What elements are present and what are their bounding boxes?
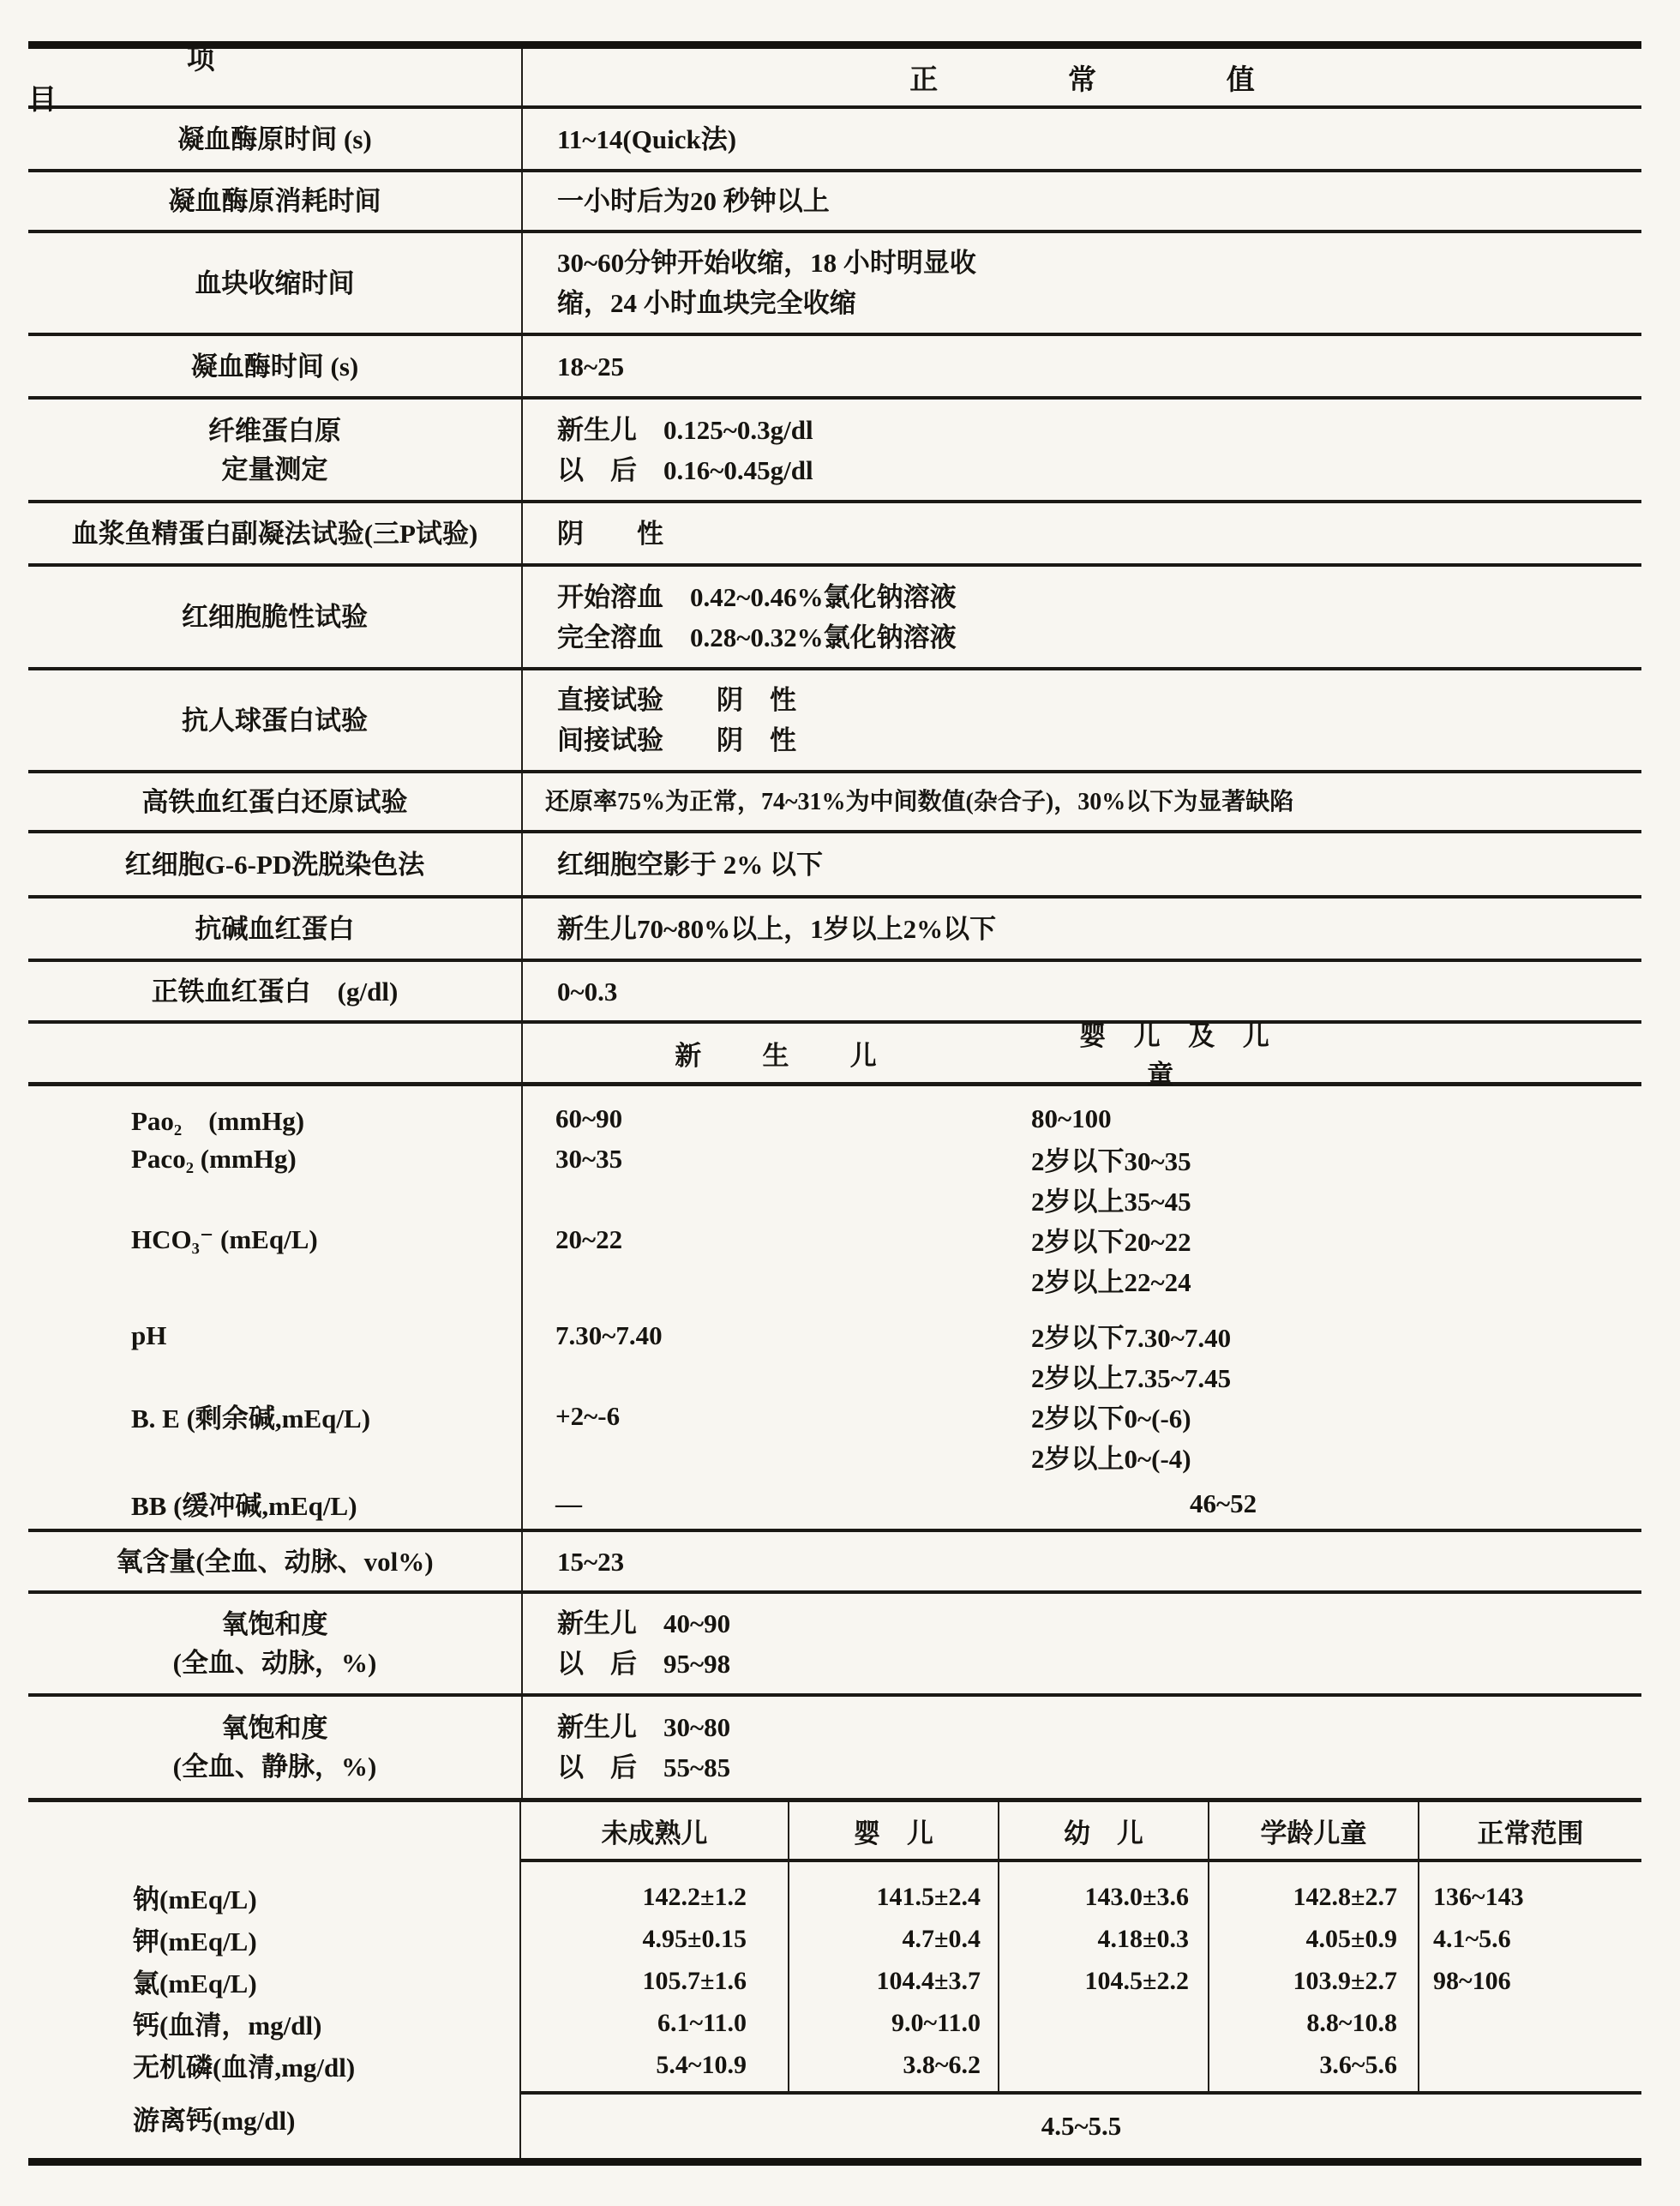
row-label: 高铁血红蛋白还原试验 [142, 783, 408, 821]
table-row: 纤维蛋白原 定量测定 新生儿 0.125~0.3g/dl 以 后 0.16~0.… [28, 400, 1641, 503]
row-value: 15~23 [557, 1542, 1641, 1582]
row-label-line2: 定量测定 [222, 450, 328, 489]
row-value: 18~25 [557, 346, 1641, 387]
table-row: 氧饱和度 (全血、动脉，%) 新生儿 40~90 以 后 95~98 [28, 1594, 1641, 1697]
newborn-value: +2~-6 [521, 1401, 1031, 1432]
row-label: 抗人球蛋白试验 [182, 701, 368, 740]
table-row: 红细胞脆性试验 开始溶血 0.42~0.46%氯化钠溶液 完全溶血 0.28~0… [28, 567, 1641, 670]
newborn-value: — [521, 1488, 1031, 1519]
normal-values-table: 项目 正常值 凝血酶原时间 (s) 11~14(Quick法) 凝血酶原消耗时间… [28, 0, 1641, 2166]
table-row: 氧饱和度 (全血、静脉，%) 新生儿 30~80 以 后 55~85 [28, 1697, 1641, 1802]
row-label: B. E (剩余碱,mEq/L) [28, 1397, 521, 1435]
row-label-line2: (全血、静脉，%) [173, 1747, 377, 1786]
child-value: 80~100 [1031, 1103, 1641, 1134]
cell: 141.5±2.4 [789, 1876, 998, 1918]
row-label: 红细胞G-6-PD洗脱染色法 [125, 845, 425, 884]
column-header: 未成熟儿 [521, 1802, 788, 1862]
electrolyte-labels-column: 钠(mEq/L) 钾(mEq/L) 氯(mEq/L) 钙(血清，mg/dl) 无… [28, 1802, 521, 2158]
row-value-line2: 以 后 55~85 [557, 1747, 1641, 1788]
blood-gas-row: 2岁以上35~45 [28, 1179, 1641, 1219]
column-toddler: 幼 儿 143.0±3.6 4.18±0.3 104.5±2.2 [998, 1802, 1208, 2091]
newborn-value: 60~90 [521, 1103, 1031, 1134]
table-row: 高铁血红蛋白还原试验 还原率75%为正常，74~31%为中间数值(杂合子)，30… [28, 773, 1641, 833]
column-divider [521, 1086, 523, 1529]
subheader-value-area: 新生儿 婴儿及儿童 [521, 1024, 1641, 1082]
row-label-line2: (全血、动脉，%) [173, 1644, 377, 1682]
cell: 3.8~6.2 [789, 2044, 998, 2086]
cell: 105.7±1.6 [521, 1960, 788, 2002]
row-label: 正铁血红蛋白 (g/dl) [152, 972, 399, 1011]
blood-gas-row: Paco₂ (mmHg) 30~35 2岁以下30~35 [28, 1139, 1641, 1179]
row-label: Paco₂ (mmHg) [28, 1144, 521, 1175]
column-header: 学龄儿童 [1209, 1802, 1418, 1862]
cell: 4.1~5.6 [1419, 1918, 1641, 1960]
cell [999, 2002, 1208, 2044]
column-normal-range: 正常范围 136~143 4.1~5.6 98~106 [1418, 1802, 1641, 2091]
cell: 103.9±2.7 [1209, 1960, 1418, 2002]
table-header-row: 项目 正常值 [28, 49, 1641, 109]
newborn-value: 20~22 [521, 1224, 1031, 1255]
cell: 5.4~10.9 [521, 2044, 788, 2086]
age-group-subheader-row: 新生儿 婴儿及儿童 [28, 1024, 1641, 1086]
child-value: 2岁以下0~(-6) [1031, 1397, 1641, 1435]
cell [1419, 2044, 1641, 2086]
row-label: 钙(血清，mg/dl) [28, 2002, 519, 2044]
blood-gas-row: Pao₂ (mmHg) 60~90 80~100 [28, 1098, 1641, 1139]
row-label: 血块收缩时间 [195, 264, 355, 303]
cell: 142.2±1.2 [521, 1876, 788, 1918]
child-value: 2岁以下20~22 [1031, 1220, 1641, 1259]
row-value: 11~14(Quick法) [557, 119, 1641, 159]
newborn-value: 30~35 [521, 1144, 1031, 1175]
column-header: 正常范围 [1419, 1802, 1641, 1862]
child-value: 2岁以上7.35~7.45 [1031, 1356, 1641, 1395]
row-label: 凝血酶原消耗时间 [169, 182, 381, 220]
blood-gas-row: pH 7.30~7.40 2岁以下7.30~7.40 [28, 1315, 1641, 1355]
blood-gas-row: B. E (剩余碱,mEq/L) +2~-6 2岁以下0~(-6) [28, 1396, 1641, 1436]
row-value-line1: 30~60分钟开始收缩，18 小时明显收 [557, 243, 1641, 283]
row-label: 凝血酶时间 (s) [191, 347, 358, 386]
cell: 4.7±0.4 [789, 1918, 998, 1960]
blood-gas-row: HCO₃⁻ (mEq/L) 20~22 2岁以下20~22 [28, 1219, 1641, 1259]
table-row: 凝血酶时间 (s) 18~25 [28, 336, 1641, 400]
column-infant: 婴 儿 141.5±2.4 4.7±0.4 104.4±3.7 9.0~11.0… [788, 1802, 998, 2091]
table-row: 氧含量(全血、动脉、vol%) 15~23 [28, 1532, 1641, 1594]
cell: 104.4±3.7 [789, 1960, 998, 2002]
row-label: HCO₃⁻ (mEq/L) [28, 1224, 521, 1255]
blood-gas-row: 2岁以上0~(-4) [28, 1436, 1641, 1476]
row-label-line1: 氧饱和度 [222, 1605, 328, 1644]
column-header: 婴 儿 [789, 1802, 998, 1862]
row-label: 氧含量(全血、动脉、vol%) [116, 1542, 433, 1581]
cell: 4.95±0.15 [521, 1918, 788, 1960]
row-label: 红细胞脆性试验 [182, 598, 368, 636]
table-row: 正铁血红蛋白 (g/dl) 0~0.3 [28, 962, 1641, 1024]
row-value: 阴 性 [557, 514, 1641, 554]
table-row: 凝血酶原时间 (s) 11~14(Quick法) [28, 109, 1641, 172]
ionized-calcium-span-value: 4.5~5.5 [521, 2095, 1641, 2158]
row-value-line2: 以 后 95~98 [557, 1644, 1641, 1684]
row-label: 抗碱血红蛋白 [195, 910, 355, 948]
child-value: 2岁以下30~35 [1031, 1139, 1641, 1178]
blood-gas-row: 2岁以上22~24 [28, 1259, 1641, 1300]
column-header: 幼 儿 [999, 1802, 1208, 1862]
electrolyte-values-area: 未成熟儿 142.2±1.2 4.95±0.15 105.7±1.6 6.1~1… [521, 1802, 1641, 2158]
row-value-line2: 完全溶血 0.28~0.32%氯化钠溶液 [557, 617, 1641, 658]
row-label: 钾(mEq/L) [28, 1918, 519, 1960]
row-value-line1: 开始溶血 0.42~0.46%氯化钠溶液 [557, 577, 1641, 617]
cell: 4.18±0.3 [999, 1918, 1208, 1960]
row-label: 无机磷(血清,mg/dl) [28, 2044, 519, 2086]
row-value-line2: 间接试验 阴 性 [557, 720, 1641, 760]
table-bottom-rule [28, 2158, 1641, 2166]
row-value: 红细胞空影于 2% 以下 [557, 845, 1641, 885]
table-row: 凝血酶原消耗时间 一小时后为20 秒钟以上 [28, 172, 1641, 233]
electrolyte-grid: 未成熟儿 142.2±1.2 4.95±0.15 105.7±1.6 6.1~1… [521, 1802, 1641, 2095]
table-row: 血块收缩时间 30~60分钟开始收缩，18 小时明显收 缩，24 小时血块完全收… [28, 233, 1641, 336]
row-value-line2: 以 后 0.16~0.45g/dl [557, 450, 1641, 490]
cell [1419, 2002, 1641, 2044]
row-value: 0~0.3 [557, 971, 1641, 1012]
column-premature: 未成熟儿 142.2±1.2 4.95±0.15 105.7±1.6 6.1~1… [521, 1802, 788, 2091]
cell: 143.0±3.6 [999, 1876, 1208, 1918]
child-value: 2岁以上22~24 [1031, 1260, 1641, 1299]
row-label-line1: 氧饱和度 [222, 1709, 328, 1747]
cell: 9.0~11.0 [789, 2002, 998, 2044]
blood-gas-section: Pao₂ (mmHg) 60~90 80~100 Paco₂ (mmHg) 30… [28, 1086, 1641, 1532]
subheader-newborn: 新生儿 [523, 1034, 1029, 1073]
cell: 3.6~5.6 [1209, 2044, 1418, 2086]
cell: 142.8±2.7 [1209, 1876, 1418, 1918]
blood-gas-row: 2岁以上7.35~7.45 [28, 1355, 1641, 1396]
row-label: pH [28, 1320, 521, 1351]
blood-gas-row: BB (缓冲碱,mEq/L) — 46~52 [28, 1483, 1641, 1524]
row-value-line2: 缩，24 小时血块完全收缩 [557, 283, 1641, 323]
row-value: 一小时后为20 秒钟以上 [557, 181, 1641, 221]
child-value: 2岁以上0~(-4) [1031, 1437, 1641, 1476]
child-value: 2岁以下7.30~7.40 [1031, 1316, 1641, 1355]
cell: 98~106 [1419, 1960, 1641, 2002]
column-header-item: 项目 [28, 49, 521, 105]
table-row: 抗碱血红蛋白 新生儿70~80%以上，1岁以上2%以下 [28, 899, 1641, 962]
cell: 104.5±2.2 [999, 1960, 1208, 2002]
cell: 6.1~11.0 [521, 2002, 788, 2044]
row-value-line1: 新生儿 30~80 [557, 1707, 1641, 1747]
row-value-line1: 直接试验 阴 性 [557, 680, 1641, 720]
table-row: 血浆鱼精蛋白副凝法试验(三P试验) 阴 性 [28, 503, 1641, 567]
row-label: 游离钙(mg/dl) [28, 2097, 519, 2139]
cell: 8.8~10.8 [1209, 2002, 1418, 2044]
row-label: Pao₂ (mmHg) [28, 1099, 521, 1138]
electrolytes-section: 钠(mEq/L) 钾(mEq/L) 氯(mEq/L) 钙(血清，mg/dl) 无… [28, 1802, 1641, 2158]
row-label-line1: 纤维蛋白原 [208, 412, 341, 450]
scanned-table-page: 项目 正常值 凝血酶原时间 (s) 11~14(Quick法) 凝血酶原消耗时间… [0, 0, 1680, 2206]
column-school-age: 学龄儿童 142.8±2.7 4.05±0.9 103.9±2.7 8.8~10… [1208, 1802, 1418, 2091]
cell: 136~143 [1419, 1876, 1641, 1918]
cell [999, 2044, 1208, 2086]
cell: 4.05±0.9 [1209, 1918, 1418, 1960]
column-header-normal-value: 正常值 [521, 49, 1641, 105]
row-value: 新生儿70~80%以上，1岁以上2%以下 [557, 909, 1641, 949]
row-label: 凝血酶原时间 (s) [177, 120, 371, 159]
child-value: 2岁以上35~45 [1031, 1180, 1641, 1218]
row-label: 血浆鱼精蛋白副凝法试验(三P试验) [72, 514, 478, 553]
subheader-empty-cell [28, 1024, 521, 1082]
newborn-value: 7.30~7.40 [521, 1320, 1031, 1351]
row-label: BB (缓冲碱,mEq/L) [28, 1484, 521, 1523]
row-value: 还原率75%为正常，74~31%为中间数值(杂合子)，30%以下为显著缺陷 [545, 782, 1641, 822]
child-value: 46~52 [1031, 1488, 1641, 1519]
row-label: 氯(mEq/L) [28, 1960, 519, 2002]
table-row: 抗人球蛋白试验 直接试验 阴 性 间接试验 阴 性 [28, 670, 1641, 773]
subheader-infant-child: 婴儿及儿童 [1029, 1014, 1320, 1091]
row-value-line1: 新生儿 0.125~0.3g/dl [557, 410, 1641, 450]
table-row: 红细胞G-6-PD洗脱染色法 红细胞空影于 2% 以下 [28, 833, 1641, 899]
row-value-line1: 新生儿 40~90 [557, 1603, 1641, 1644]
row-label: 钠(mEq/L) [28, 1876, 519, 1918]
